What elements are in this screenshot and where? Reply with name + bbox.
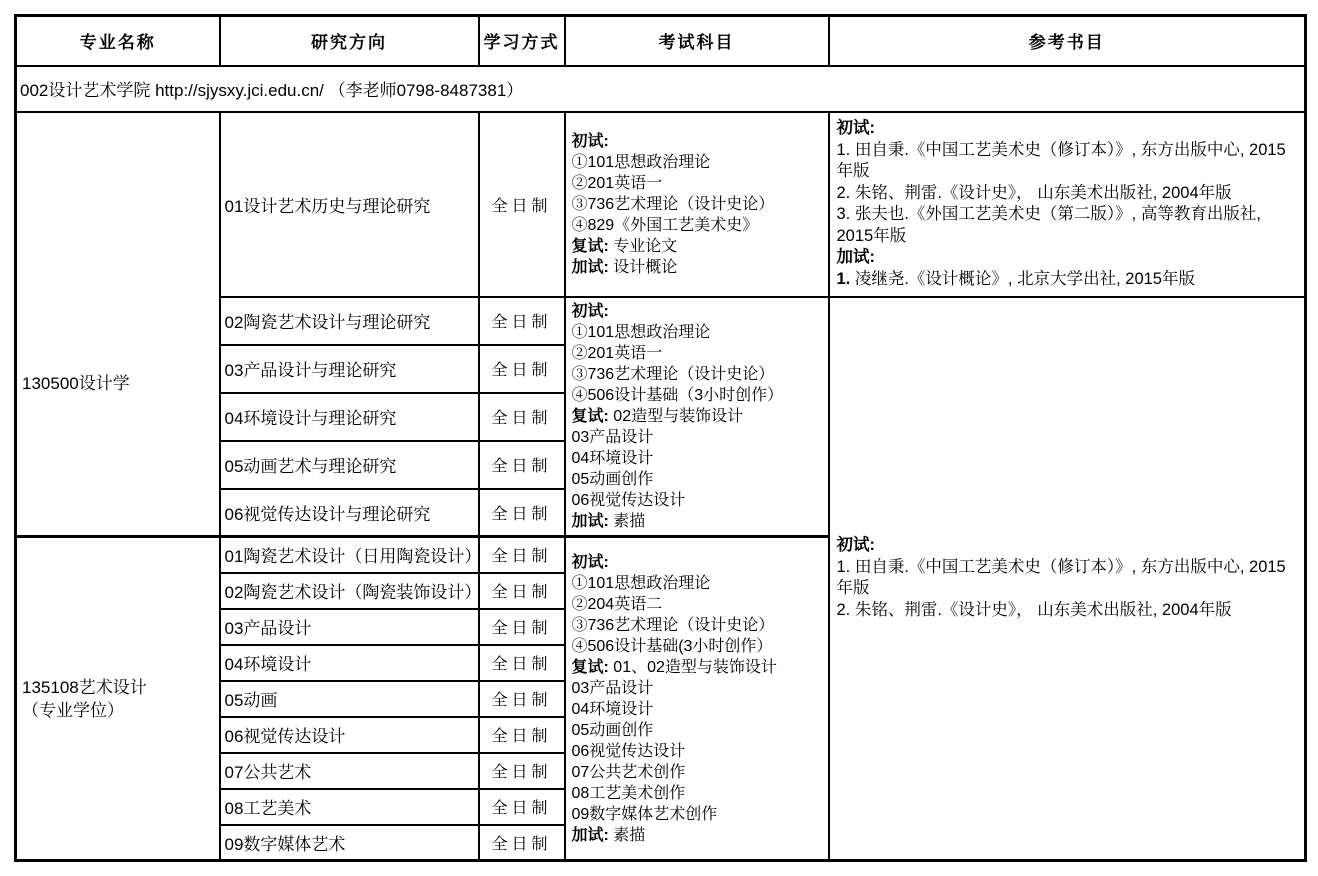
exam-line: 加试: 设计概论 xyxy=(572,257,824,278)
header-exam-subjects: 考试科目 xyxy=(565,16,829,66)
study-mode-cell: 全日制 xyxy=(479,112,565,297)
direction-cell: 01设计艺术历史与理论研究 xyxy=(220,112,479,297)
exam-line: 03产品设计 xyxy=(572,678,824,699)
exam-line: ②201英语一 xyxy=(572,173,824,194)
reference-books-130500-row01: 初试: 1. 田自秉.《中国工艺美术史（修订本）》, 东方出版中心, 2015 … xyxy=(829,112,1306,297)
reference-line: 1. 凌继尧.《设计概论》, 北京大学出社, 2015年版 xyxy=(837,269,1301,291)
study-mode-cell: 全日制 xyxy=(479,681,565,717)
exam-line: 09数字媒体艺术创作 xyxy=(572,804,824,825)
exam-line: 08工艺美术创作 xyxy=(572,783,824,804)
reference-line: 1. 田自秉.《中国工艺美术史（修订本）》, 东方出版中心, 2015 xyxy=(837,140,1301,162)
major-name-text: 135108艺术设计 xyxy=(22,676,219,699)
exam-line: 05动画创作 xyxy=(572,720,824,741)
major-name-text: 130500设计学 xyxy=(22,372,219,395)
exam-line: 04环境设计 xyxy=(572,448,824,469)
table-row: 130500设计学 01设计艺术历史与理论研究 全日制 初试: ①101思想政治… xyxy=(16,112,1306,297)
exam-line: 06视觉传达设计 xyxy=(572,741,824,762)
direction-cell: 09数字媒体艺术 xyxy=(220,825,479,861)
exam-line: 07公共艺术创作 xyxy=(572,762,824,783)
exam-line: 05动画创作 xyxy=(572,469,824,490)
direction-cell: 03产品设计 xyxy=(220,609,479,645)
reference-line: 2. 朱铭、荆雷.《设计史》， 山东美术出版社, 2004年版 xyxy=(837,600,1301,622)
exam-line: ②204英语二 xyxy=(572,594,824,615)
exam-line: ①101思想政治理论 xyxy=(572,322,824,343)
direction-cell: 03产品设计与理论研究 xyxy=(220,345,479,393)
study-mode-cell: 全日制 xyxy=(479,345,565,393)
major-degree-type-text: （专业学位） xyxy=(22,699,219,722)
study-mode-cell: 全日制 xyxy=(479,789,565,825)
study-mode-cell: 全日制 xyxy=(479,717,565,753)
exam-line: 03产品设计 xyxy=(572,427,824,448)
exam-line: ③736艺术理论（设计史论） xyxy=(572,194,824,215)
direction-cell: 04环境设计与理论研究 xyxy=(220,393,479,441)
header-reference-books: 参考书目 xyxy=(829,16,1306,66)
study-mode-cell: 全日制 xyxy=(479,825,565,861)
direction-cell: 02陶瓷艺术设计（陶瓷装饰设计） xyxy=(220,573,479,609)
exam-subjects-135108: 初试: ①101思想政治理论 ②204英语二 ③736艺术理论（设计史论） ④5… xyxy=(565,537,829,861)
direction-cell: 06视觉传达设计 xyxy=(220,717,479,753)
exam-subjects-130500-rows02-06: 初试: ①101思想政治理论 ②201英语一 ③736艺术理论（设计史论） ④5… xyxy=(565,297,829,537)
study-mode-cell: 全日制 xyxy=(479,609,565,645)
reference-line: 初试: xyxy=(837,118,1301,140)
reference-line: 1. 田自秉.《中国工艺美术史（修订本）》, 东方出版中心, 2015 xyxy=(837,557,1301,579)
reference-line: 年版 xyxy=(837,578,1301,600)
study-mode-cell: 全日制 xyxy=(479,489,565,537)
direction-cell: 07公共艺术 xyxy=(220,753,479,789)
direction-cell: 04环境设计 xyxy=(220,645,479,681)
exam-line: 初试: xyxy=(572,552,824,573)
major-name-135108: 135108艺术设计 （专业学位） xyxy=(16,537,220,861)
reference-line: 加试: xyxy=(837,247,1301,269)
school-info-row: 002设计艺术学院 http://sjysxy.jci.edu.cn/ （李老师… xyxy=(16,66,1306,112)
study-mode-cell: 全日制 xyxy=(479,297,565,345)
reference-line: 初试: xyxy=(837,535,1301,557)
exam-line: 加试: 素描 xyxy=(572,825,824,846)
exam-line: ④506设计基础（3小时创作） xyxy=(572,385,824,406)
study-mode-cell: 全日制 xyxy=(479,537,565,573)
exam-line: 06视觉传达设计 xyxy=(572,490,824,511)
exam-line: 初试: xyxy=(572,301,824,322)
direction-cell: 05动画艺术与理论研究 xyxy=(220,441,479,489)
direction-cell: 06视觉传达设计与理论研究 xyxy=(220,489,479,537)
direction-cell: 02陶瓷艺术设计与理论研究 xyxy=(220,297,479,345)
exam-line: ③736艺术理论（设计史论） xyxy=(572,364,824,385)
exam-line: ②201英语一 xyxy=(572,343,824,364)
exam-line: 复试: 01、02造型与装饰设计 xyxy=(572,657,824,678)
exam-line: ③736艺术理论（设计史论） xyxy=(572,615,824,636)
table-header-row: 专业名称 研究方向 学习方式 考试科目 参考书目 xyxy=(16,16,1306,66)
study-mode-cell: 全日制 xyxy=(479,753,565,789)
reference-line: 年版 xyxy=(837,161,1301,183)
exam-line: ①101思想政治理论 xyxy=(572,152,824,173)
school-info-text: 002设计艺术学院 http://sjysxy.jci.edu.cn/ （李老师… xyxy=(16,66,1306,112)
exam-line: ①101思想政治理论 xyxy=(572,573,824,594)
direction-cell: 01陶瓷艺术设计（日用陶瓷设计） xyxy=(220,537,479,573)
reference-line: 2. 朱铭、荆雷.《设计史》， 山东美术出版社, 2004年版 xyxy=(837,183,1301,205)
reference-line: 3. 张夫也.《外国工艺美术史（第二版）》, 高等教育出版社, xyxy=(837,204,1301,226)
study-mode-cell: 全日制 xyxy=(479,645,565,681)
exam-line: 初试: xyxy=(572,131,824,152)
reference-line: 2015年版 xyxy=(837,226,1301,248)
header-study-mode: 学习方式 xyxy=(479,16,565,66)
reference-books-merged: 初试: 1. 田自秉.《中国工艺美术史（修订本）》, 东方出版中心, 2015 … xyxy=(829,297,1306,861)
direction-cell: 05动画 xyxy=(220,681,479,717)
exam-line: 复试: 02造型与装饰设计 xyxy=(572,406,824,427)
exam-line: 加试: 素描 xyxy=(572,511,824,532)
exam-line: 04环境设计 xyxy=(572,699,824,720)
direction-cell: 08工艺美术 xyxy=(220,789,479,825)
exam-subjects-130500-row01: 初试: ①101思想政治理论 ②201英语一 ③736艺术理论（设计史论） ④8… xyxy=(565,112,829,297)
exam-line: ④829《外国工艺美术史》 xyxy=(572,215,824,236)
study-mode-cell: 全日制 xyxy=(479,393,565,441)
header-research-direction: 研究方向 xyxy=(220,16,479,66)
exam-line: 复试: 专业论文 xyxy=(572,236,824,257)
admissions-majors-table: 专业名称 研究方向 学习方式 考试科目 参考书目 002设计艺术学院 http:… xyxy=(14,14,1307,862)
exam-line: ④506设计基础(3小时创作） xyxy=(572,636,824,657)
major-name-130500: 130500设计学 xyxy=(16,112,220,537)
study-mode-cell: 全日制 xyxy=(479,573,565,609)
header-major-name: 专业名称 xyxy=(16,16,220,66)
study-mode-cell: 全日制 xyxy=(479,441,565,489)
